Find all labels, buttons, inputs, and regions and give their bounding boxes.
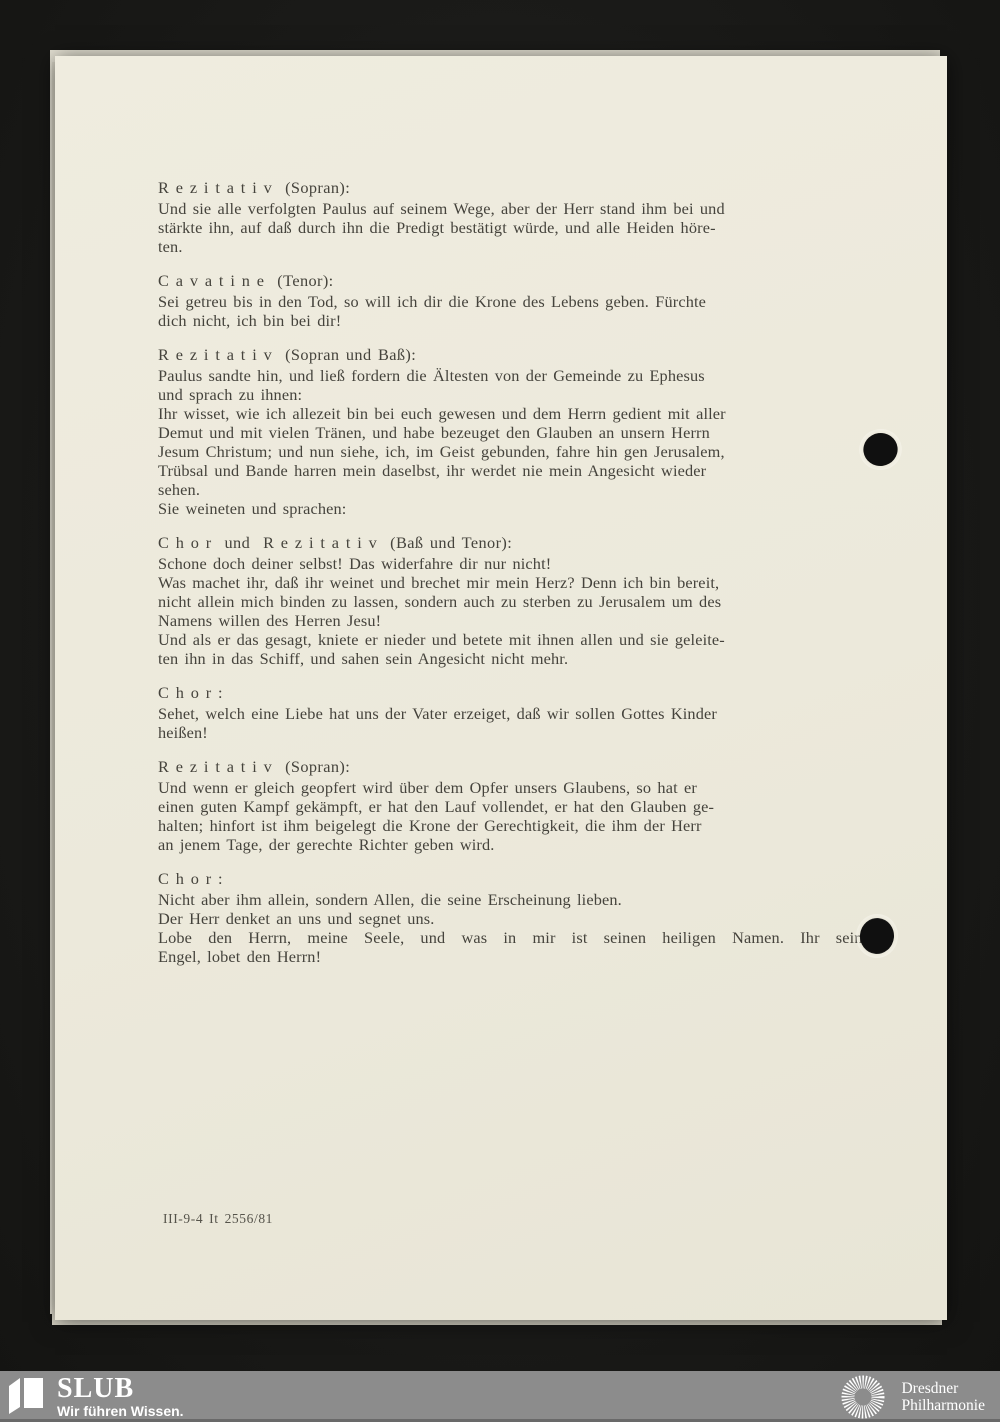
- text-line: Schone doch deiner selbst! Das widerfahr…: [158, 554, 870, 573]
- viewer-footer-bar: SLUB Wir führen Wissen. Dresdner Philhar…: [0, 1371, 1000, 1422]
- libretto-section: C h o r : Nicht aber ihm allein, sondern…: [158, 869, 870, 966]
- scanned-page: R e z i t a t i v (Sopran): Und sie alle…: [55, 56, 947, 1320]
- text-line: Und wenn er gleich geopfert wird über de…: [158, 778, 870, 797]
- section-lines: Sehet, welch eine Liebe hat uns der Vate…: [158, 704, 870, 742]
- slub-wordmark: SLUB: [57, 1375, 184, 1402]
- text-line: Nicht aber ihm allein, sondern Allen, di…: [158, 890, 870, 909]
- hole-punch: [861, 431, 900, 468]
- text-line: stärkte ihn, auf daß durch ihn die Predi…: [158, 218, 870, 237]
- libretto-section: R e z i t a t i v (Sopran): Und sie alle…: [158, 178, 870, 256]
- catalog-number: III-9-4 It 2556/81: [163, 1211, 273, 1227]
- section-lines: Paulus sandte hin, und ließ fordern die …: [158, 366, 870, 518]
- text-line: sehen.: [158, 480, 870, 499]
- text-line: Namens willen des Herren Jesu!: [158, 611, 870, 630]
- section-heading: R e z i t a t i v (Sopran):: [158, 178, 870, 197]
- libretto-section: R e z i t a t i v (Sopran und Baß): Paul…: [158, 345, 870, 518]
- section-heading: C h o r und R e z i t a t i v (Baß und T…: [158, 533, 870, 552]
- section-lines: Sei getreu bis in den Tod, so will ich d…: [158, 292, 870, 330]
- section-lines: Und wenn er gleich geopfert wird über de…: [158, 778, 870, 854]
- text-line: einen guten Kampf gekämpft, er hat den L…: [158, 797, 870, 816]
- text-line: Jesum Christum; und nun siehe, ich, im G…: [158, 442, 870, 461]
- section-heading: C a v a t i n e (Tenor):: [158, 271, 870, 290]
- dresdner-philharmonie-logo: Dresdner Philharmonie: [839, 1373, 1000, 1421]
- document-sections: R e z i t a t i v (Sopran): Und sie alle…: [158, 178, 870, 966]
- text-line: an jenem Tage, der gerechte Richter gebe…: [158, 835, 870, 854]
- slub-logo: SLUB Wir führen Wissen.: [0, 1375, 184, 1419]
- text-line: Trübsal und Bande harren mein daselbst, …: [158, 461, 870, 480]
- partner-name-line2: Philharmonie: [901, 1397, 985, 1414]
- libretto-section: C h o r und R e z i t a t i v (Baß und T…: [158, 533, 870, 668]
- partner-name-line1: Dresdner: [901, 1380, 985, 1397]
- section-heading: R e z i t a t i v (Sopran und Baß):: [158, 345, 870, 364]
- section-lines: Nicht aber ihm allein, sondern Allen, di…: [158, 890, 870, 966]
- text-line: Sie weineten und sprachen:: [158, 499, 870, 518]
- section-lines: Schone doch deiner selbst! Das widerfahr…: [158, 554, 870, 668]
- libretto-section: C a v a t i n e (Tenor): Sei getreu bis …: [158, 271, 870, 330]
- text-line: Der Herr denket an uns und segnet uns.: [158, 909, 870, 928]
- section-lines: Und sie alle verfolgten Paulus auf seine…: [158, 199, 870, 256]
- text-line: dich nicht, ich bin bei dir!: [158, 311, 870, 330]
- starburst-logo-icon: [839, 1373, 887, 1421]
- slub-tagline: Wir führen Wissen.: [57, 1403, 184, 1419]
- text-line: und sprach zu ihnen:: [158, 385, 870, 404]
- libretto-section: R e z i t a t i v (Sopran): Und wenn er …: [158, 757, 870, 854]
- text-line: ten.: [158, 237, 870, 256]
- text-line: Lobe den Herrn, meine Seele, und was in …: [158, 928, 870, 947]
- open-book-icon: [8, 1377, 44, 1415]
- text-line: Demut und mit vielen Tränen, und habe be…: [158, 423, 870, 442]
- section-heading: R e z i t a t i v (Sopran):: [158, 757, 870, 776]
- libretto-section: C h o r : Sehet, welch eine Liebe hat un…: [158, 683, 870, 742]
- text-line: Was machet ihr, daß ihr weinet und brech…: [158, 573, 870, 592]
- text-line: Sehet, welch eine Liebe hat uns der Vate…: [158, 704, 870, 723]
- text-line: halten; hinfort ist ihm beigelegt die Kr…: [158, 816, 870, 835]
- text-line: Und als er das gesagt, kniete er nieder …: [158, 630, 870, 649]
- text-line: nicht allein mich binden zu lassen, sond…: [158, 592, 870, 611]
- text-line: ten ihn in das Schiff, und sahen sein An…: [158, 649, 870, 668]
- hole-punch: [858, 916, 896, 955]
- text-line: Engel, lobet den Herrn!: [158, 947, 870, 966]
- text-line: Und sie alle verfolgten Paulus auf seine…: [158, 199, 870, 218]
- text-line: heißen!: [158, 723, 870, 742]
- text-line: Ihr wisset, wie ich allezeit bin bei euc…: [158, 404, 870, 423]
- section-heading: C h o r :: [158, 869, 870, 888]
- section-heading: C h o r :: [158, 683, 870, 702]
- text-line: Sei getreu bis in den Tod, so will ich d…: [158, 292, 870, 311]
- text-line: Paulus sandte hin, und ließ fordern die …: [158, 366, 870, 385]
